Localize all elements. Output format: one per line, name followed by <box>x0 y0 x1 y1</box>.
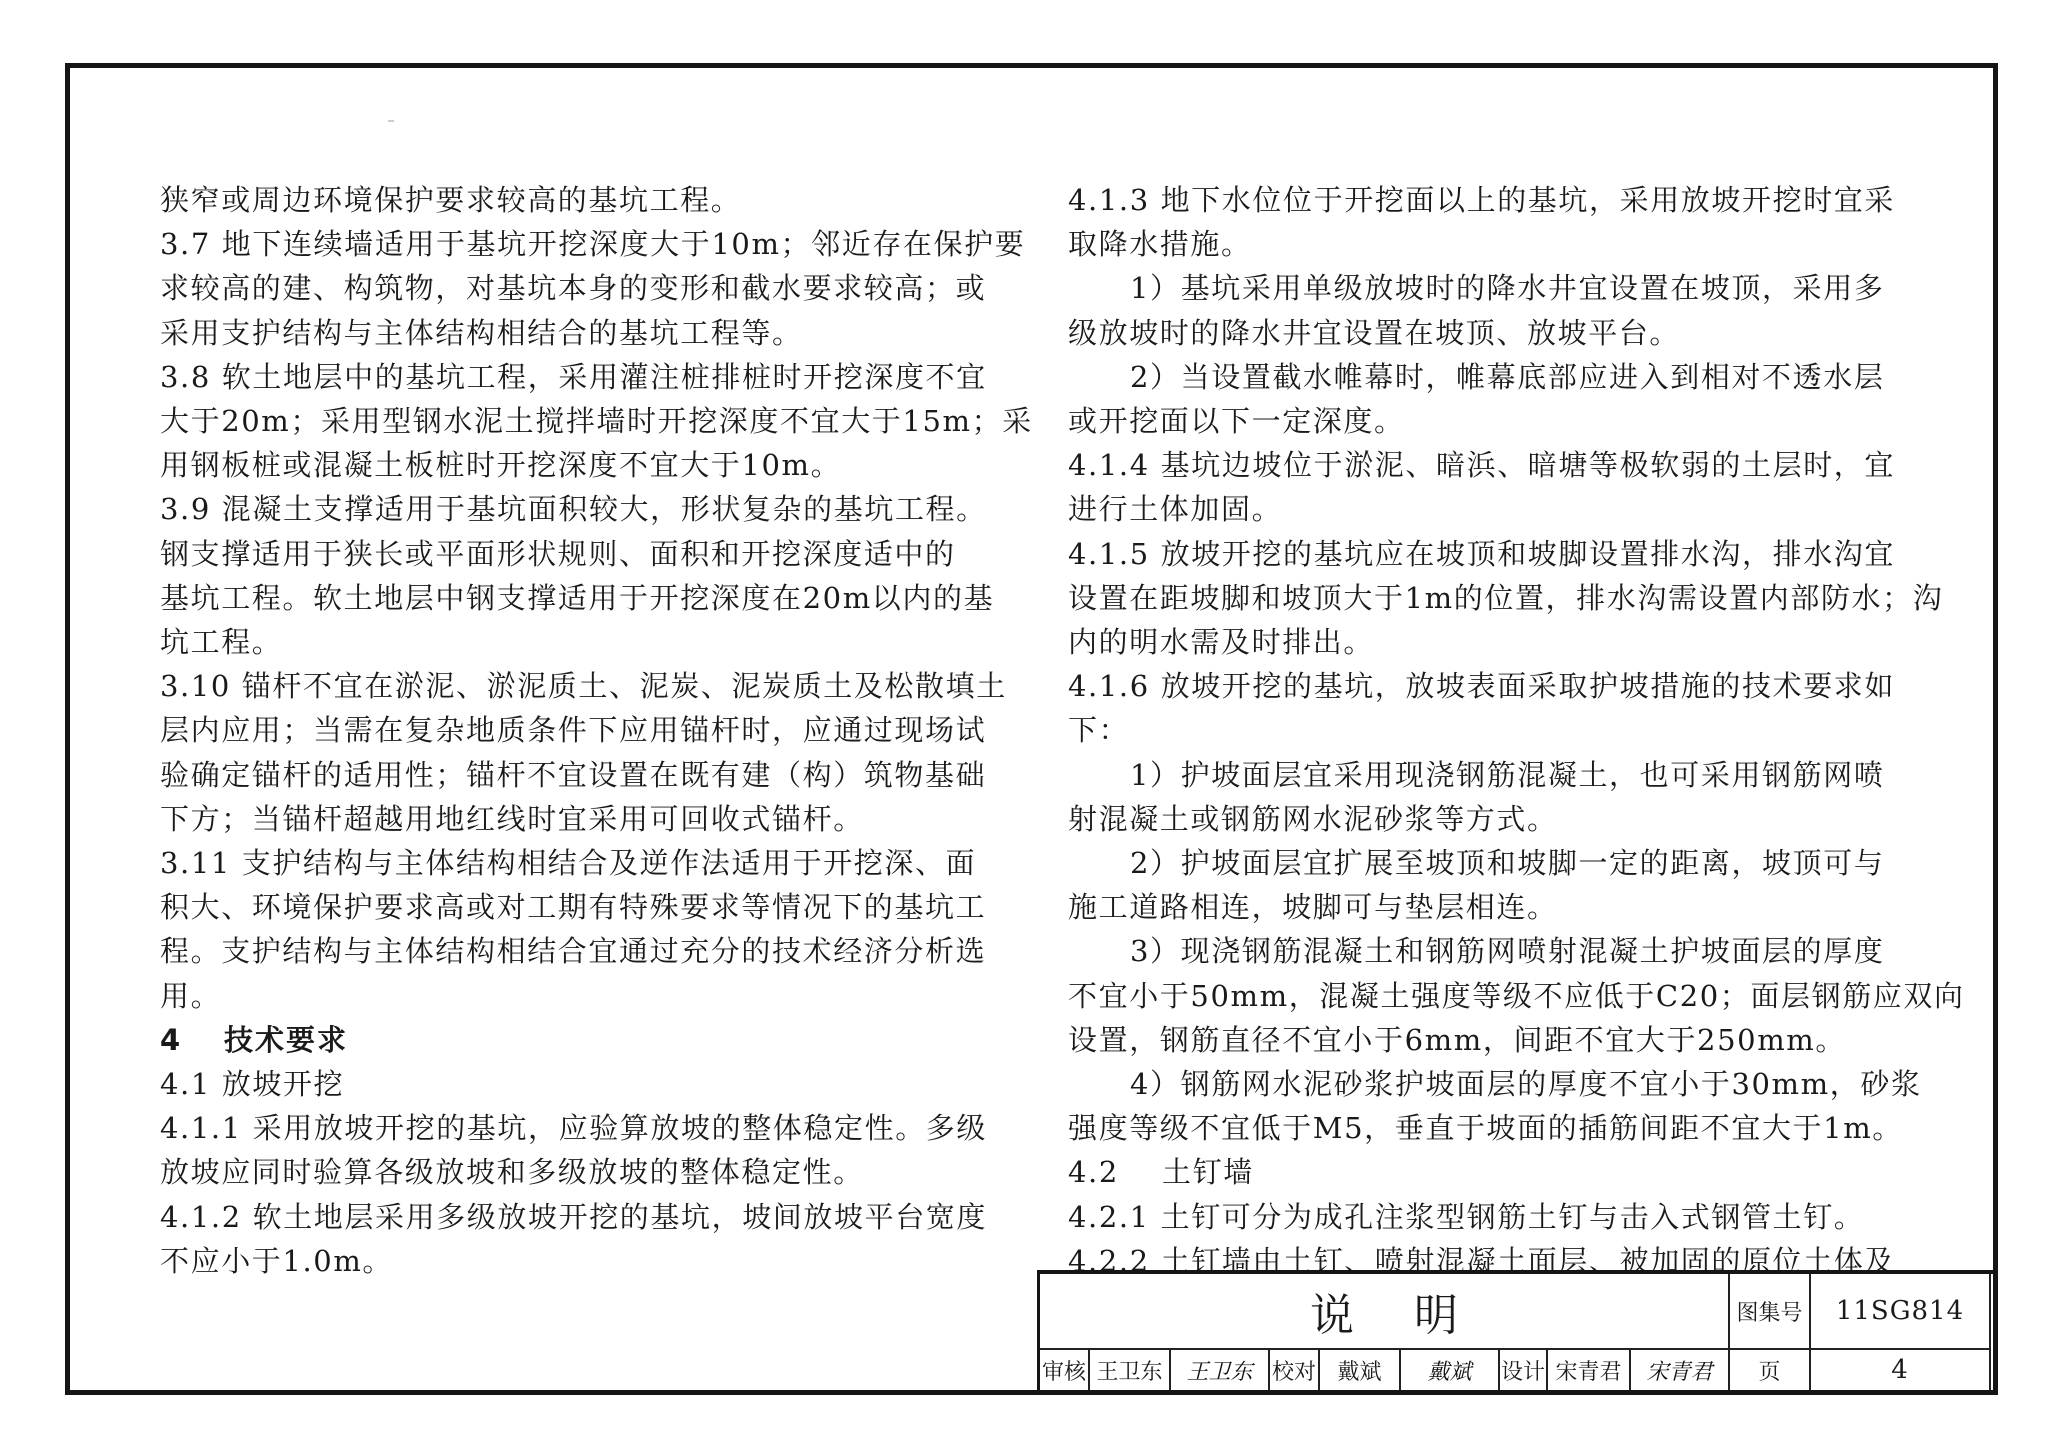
line-text: 用。 <box>160 979 221 1013</box>
text-line: 设置在距坡脚和坡顶大于1m的位置，排水沟需设置内部防水；沟 <box>1068 576 1943 620</box>
text-line: 狭窄或周边环境保护要求较高的基坑工程。 <box>160 178 741 222</box>
reviewer-signature: 王卫东 <box>1171 1350 1270 1390</box>
atlas-number-value: 11SG814 <box>1811 1274 1991 1350</box>
section-title: 土钉墙 <box>1162 1155 1254 1189</box>
text-line: 不应小于1.0m。 <box>160 1239 393 1283</box>
line-text: 设置，钢筋直径不宜小于6mm，间距不宜大于250mm。 <box>1068 1023 1846 1057</box>
text-line: 射混凝土或钢筋网水泥砂浆等方式。 <box>1068 797 1558 841</box>
text-line: 3.8 软土地层中的基坑工程，采用灌注桩排桩时开挖深度不宜 <box>160 355 987 399</box>
text-line: 采用支护结构与主体结构相结合的基坑工程等。 <box>160 311 803 355</box>
text-line: 4.1.5 放坡开挖的基坑应在坡顶和坡脚设置排水沟，排水沟宜 <box>1068 532 1895 576</box>
line-text: 4.1 放坡开挖 <box>160 1067 344 1101</box>
line-text: 进行土体加固。 <box>1068 492 1282 526</box>
text-line: 4）钢筋网水泥砂浆护坡面层的厚度不宜小于30mm，砂浆 <box>1068 1062 1922 1106</box>
line-text: 4.1.5 放坡开挖的基坑应在坡顶和坡脚设置排水沟，排水沟宜 <box>1068 537 1895 571</box>
text-line: 4.1.6 放坡开挖的基坑，放坡表面采取护坡措施的技术要求如 <box>1068 664 1895 708</box>
line-text: 4）钢筋网水泥砂浆护坡面层的厚度不宜小于30mm，砂浆 <box>1130 1067 1922 1101</box>
line-text: 采用支护结构与主体结构相结合的基坑工程等。 <box>160 316 803 350</box>
line-text: 不宜小于50mm，混凝土强度等级不应低于C20；面层钢筋应双向 <box>1068 979 1965 1013</box>
text-line: 施工道路相连，坡脚可与垫层相连。 <box>1068 885 1558 929</box>
line-text: 3.10 锚杆不宜在淤泥、淤泥质土、泥炭、泥炭质土及松散填土 <box>160 669 1007 703</box>
line-text: 内的明水需及时排出。 <box>1068 625 1374 659</box>
atlas-number-label: 图集号 <box>1730 1274 1811 1350</box>
line-text: 强度等级不宜低于M5，垂直于坡面的插筋间距不宜大于1m。 <box>1068 1111 1903 1145</box>
checker-name: 戴斌 <box>1320 1350 1401 1390</box>
line-text: 2）护坡面层宜扩展至坡顶和坡脚一定的距离，坡顶可与 <box>1130 846 1884 880</box>
line-text: 求较高的建、构筑物，对基坑本身的变形和截水要求较高；或 <box>160 271 986 305</box>
text-line: 3.10 锚杆不宜在淤泥、淤泥质土、泥炭、泥炭质土及松散填土 <box>160 664 1007 708</box>
page-label: 页 <box>1730 1350 1811 1390</box>
text-line: 4.2土钉墙 <box>1068 1150 1254 1194</box>
line-text: 程。支护结构与主体结构相结合宜通过充分的技术经济分析选 <box>160 934 986 968</box>
line-text: 用钢板桩或混凝土板桩时开挖深度不宜大于10m。 <box>160 448 841 482</box>
text-line: 下方；当锚杆超越用地红线时宜采用可回收式锚杆。 <box>160 797 864 841</box>
text-line: 验确定锚杆的适用性；锚杆不宜设置在既有建（构）筑物基础 <box>160 753 986 797</box>
title-block: 说明 图集号 11SG814 审核 王卫东 王卫东 校对 戴斌 戴斌 设计 宋青… <box>1037 1270 1993 1390</box>
line-text: 1）基坑采用单级放坡时的降水井宜设置在坡顶，采用多 <box>1130 271 1884 305</box>
line-text: 狭窄或周边环境保护要求较高的基坑工程。 <box>160 183 741 217</box>
designer-name: 宋青君 <box>1548 1350 1631 1390</box>
page-number: 4 <box>1811 1350 1991 1390</box>
text-line: 放坡应同时验算各级放坡和多级放坡的整体稳定性。 <box>160 1150 864 1194</box>
line-text: 基坑工程。软土地层中钢支撑适用于开挖深度在20m以内的基 <box>160 581 994 615</box>
designer-label: 设计 <box>1500 1350 1548 1390</box>
line-text: 下： <box>1068 713 1129 747</box>
text-line: 1）基坑采用单级放坡时的降水井宜设置在坡顶，采用多 <box>1068 266 1884 310</box>
text-line: 求较高的建、构筑物，对基坑本身的变形和截水要求较高；或 <box>160 266 986 310</box>
line-text: 3.8 软土地层中的基坑工程，采用灌注桩排桩时开挖深度不宜 <box>160 360 987 394</box>
line-text: 4.1.2 软土地层采用多级放坡开挖的基坑，坡间放坡平台宽度 <box>160 1200 987 1234</box>
section-number: 4.2 <box>1068 1150 1162 1194</box>
line-text: 3.9 混凝土支撑适用于基坑面积较大，形状复杂的基坑工程。 <box>160 492 987 526</box>
text-line: 坑工程。 <box>160 620 282 664</box>
text-line: 程。支护结构与主体结构相结合宜通过充分的技术经济分析选 <box>160 929 986 973</box>
line-text: 不应小于1.0m。 <box>160 1244 393 1278</box>
line-text: 射混凝土或钢筋网水泥砂浆等方式。 <box>1068 802 1558 836</box>
line-text: 验确定锚杆的适用性；锚杆不宜设置在既有建（构）筑物基础 <box>160 758 986 792</box>
text-line: 设置，钢筋直径不宜小于6mm，间距不宜大于250mm。 <box>1068 1018 1846 1062</box>
line-text: 下方；当锚杆超越用地红线时宜采用可回收式锚杆。 <box>160 802 864 836</box>
section-number: 4 <box>160 1018 224 1062</box>
text-line: 强度等级不宜低于M5，垂直于坡面的插筋间距不宜大于1m。 <box>1068 1106 1903 1150</box>
text-line: 基坑工程。软土地层中钢支撑适用于开挖深度在20m以内的基 <box>160 576 994 620</box>
line-text: 4.1.6 放坡开挖的基坑，放坡表面采取护坡措施的技术要求如 <box>1068 669 1895 703</box>
text-line: 3.7 地下连续墙适用于基坑开挖深度大于10m；邻近存在保护要 <box>160 222 1025 266</box>
line-text: 3.11 支护结构与主体结构相结合及逆作法适用于开挖深、面 <box>160 846 976 880</box>
drawing-title: 说明 <box>1040 1274 1730 1350</box>
text-line: 内的明水需及时排出。 <box>1068 620 1374 664</box>
line-text: 坑工程。 <box>160 625 282 659</box>
line-text: 4.1.3 地下水位位于开挖面以上的基坑，采用放坡开挖时宜采 <box>1068 183 1895 217</box>
text-line: 4.1 放坡开挖 <box>160 1062 344 1106</box>
text-line: 大于20m；采用型钢水泥土搅拌墙时开挖深度不宜大于15m；采 <box>160 399 1033 443</box>
line-text: 大于20m；采用型钢水泥土搅拌墙时开挖深度不宜大于15m；采 <box>160 404 1033 438</box>
line-text: 放坡应同时验算各级放坡和多级放坡的整体稳定性。 <box>160 1155 864 1189</box>
text-line: 2）当设置截水帷幕时，帷幕底部应进入到相对不透水层 <box>1068 355 1884 399</box>
text-line: 下： <box>1068 708 1129 752</box>
line-text: 4.2.1 土钉可分为成孔注浆型钢筋土钉与击入式钢管土钉。 <box>1068 1200 1864 1234</box>
text-line: 用。 <box>160 974 221 1018</box>
line-text: 1）护坡面层宜采用现浇钢筋混凝土，也可采用钢筋网喷 <box>1130 758 1884 792</box>
scan-speck <box>388 120 394 122</box>
text-line: 取降水措施。 <box>1068 222 1252 266</box>
line-text: 设置在距坡脚和坡顶大于1m的位置，排水沟需设置内部防水；沟 <box>1068 581 1943 615</box>
line-text: 2）当设置截水帷幕时，帷幕底部应进入到相对不透水层 <box>1130 360 1884 394</box>
text-line: 4技术要求 <box>160 1018 348 1062</box>
line-text: 施工道路相连，坡脚可与垫层相连。 <box>1068 890 1558 924</box>
text-line: 积大、环境保护要求高或对工期有特殊要求等情况下的基坑工 <box>160 885 986 929</box>
line-text: 级放坡时的降水井宜设置在坡顶、放坡平台。 <box>1068 316 1680 350</box>
checker-label: 校对 <box>1270 1350 1320 1390</box>
text-line: 4.2.1 土钉可分为成孔注浆型钢筋土钉与击入式钢管土钉。 <box>1068 1195 1864 1239</box>
line-text: 4.1.4 基坑边坡位于淤泥、暗浜、暗塘等极软弱的土层时，宜 <box>1068 448 1895 482</box>
line-text: 4.1.1 采用放坡开挖的基坑，应验算放坡的整体稳定性。多级 <box>160 1111 987 1145</box>
line-text: 取降水措施。 <box>1068 227 1252 261</box>
reviewer-label: 审核 <box>1040 1350 1090 1390</box>
text-line: 2）护坡面层宜扩展至坡顶和坡脚一定的距离，坡顶可与 <box>1068 841 1884 885</box>
text-line: 4.1.3 地下水位位于开挖面以上的基坑，采用放坡开挖时宜采 <box>1068 178 1895 222</box>
text-line: 进行土体加固。 <box>1068 487 1282 531</box>
line-text: 积大、环境保护要求高或对工期有特殊要求等情况下的基坑工 <box>160 890 986 924</box>
text-line: 或开挖面以下一定深度。 <box>1068 399 1405 443</box>
checker-signature: 戴斌 <box>1401 1350 1500 1390</box>
text-line: 4.1.4 基坑边坡位于淤泥、暗浜、暗塘等极软弱的土层时，宜 <box>1068 443 1895 487</box>
line-text: 3）现浇钢筋混凝土和钢筋网喷射混凝土护坡面层的厚度 <box>1130 934 1884 968</box>
text-line: 级放坡时的降水井宜设置在坡顶、放坡平台。 <box>1068 311 1680 355</box>
text-line: 3）现浇钢筋混凝土和钢筋网喷射混凝土护坡面层的厚度 <box>1068 929 1884 973</box>
text-line: 1）护坡面层宜采用现浇钢筋混凝土，也可采用钢筋网喷 <box>1068 753 1884 797</box>
section-title: 技术要求 <box>224 1023 348 1057</box>
text-line: 3.11 支护结构与主体结构相结合及逆作法适用于开挖深、面 <box>160 841 976 885</box>
text-line: 钢支撑适用于狭长或平面形状规则、面积和开挖深度适中的 <box>160 532 956 576</box>
reviewer-name: 王卫东 <box>1090 1350 1171 1390</box>
line-text: 钢支撑适用于狭长或平面形状规则、面积和开挖深度适中的 <box>160 537 956 571</box>
designer-signature: 宋青君 <box>1631 1350 1730 1390</box>
line-text: 3.7 地下连续墙适用于基坑开挖深度大于10m；邻近存在保护要 <box>160 227 1025 261</box>
text-line: 4.1.2 软土地层采用多级放坡开挖的基坑，坡间放坡平台宽度 <box>160 1195 987 1239</box>
text-line: 用钢板桩或混凝土板桩时开挖深度不宜大于10m。 <box>160 443 841 487</box>
text-line: 不宜小于50mm，混凝土强度等级不应低于C20；面层钢筋应双向 <box>1068 974 1965 1018</box>
text-line: 层内应用；当需在复杂地质条件下应用锚杆时，应通过现场试 <box>160 708 986 752</box>
line-text: 层内应用；当需在复杂地质条件下应用锚杆时，应通过现场试 <box>160 713 986 747</box>
line-text: 或开挖面以下一定深度。 <box>1068 404 1405 438</box>
text-line: 3.9 混凝土支撑适用于基坑面积较大，形状复杂的基坑工程。 <box>160 487 987 531</box>
text-line: 4.1.1 采用放坡开挖的基坑，应验算放坡的整体稳定性。多级 <box>160 1106 987 1150</box>
